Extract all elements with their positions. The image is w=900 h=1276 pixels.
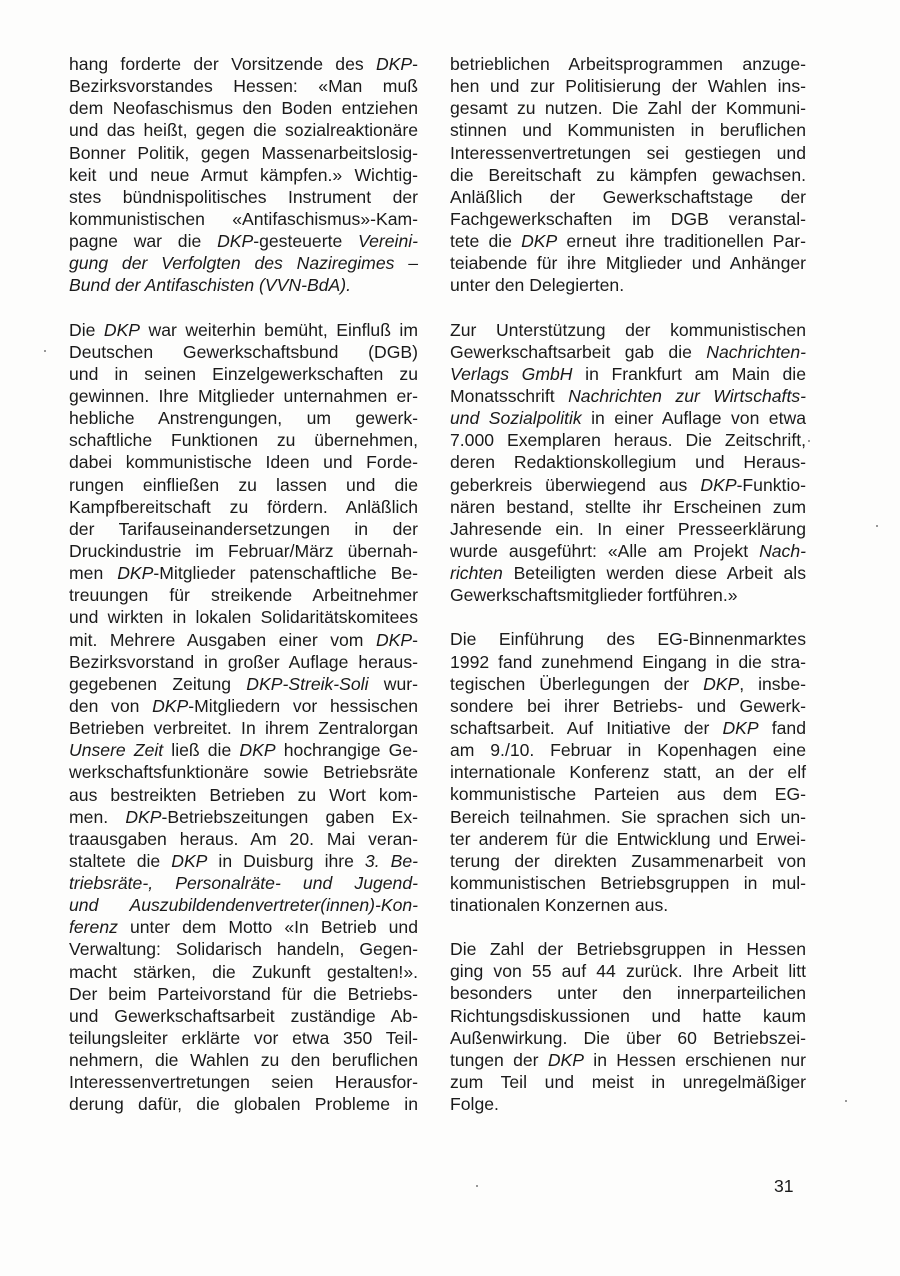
paragraph-gap [450,297,806,319]
text-line: Betrieben verbreitet. In ihrem Zentralor… [69,717,418,739]
left-column: hang forderte der Vorsitzende des DKP-Be… [69,53,418,1116]
text-line: Bezirksvorstand in großer Auflage heraus… [69,651,418,673]
text-line: Verlags GmbH in Frankfurt am Main die [450,363,806,385]
text-line: macht stärken, die Zukunft gestalten!». [69,961,418,983]
text-line: sondere bei ihrer Betriebs- und Gewerk- [450,695,806,717]
text-line: besonders unter den innerparteilichen [450,982,806,1004]
text-line: kommunistische Parteien aus dem EG- [450,783,806,805]
text-line: hebliche Anstrengungen, um gewerk- [69,407,418,429]
text-line: Verwaltung: Solidarisch handeln, Gegen- [69,938,418,960]
text-line: tinationalen Konzernen aus. [450,894,806,916]
text-line: terung der direkten Zusammenarbeit von [450,850,806,872]
text-line: internationale Konferenz statt, an der e… [450,761,806,783]
text-line: teiabende für ihre Mitglieder und Anhäng… [450,252,806,274]
text-line: zum Teil und meist in unregelmäßiger [450,1071,806,1093]
text-line: hang forderte der Vorsitzende des DKP- [69,53,418,75]
paragraph-dgb-einfluss: Die DKP war weiterhin bemüht, Einfluß im… [69,319,418,1116]
text-line: men. DKP-Betriebszeitungen gaben Ex- [69,806,418,828]
text-line: schaftsarbeit. Auf Initiative der DKP fa… [450,717,806,739]
text-line: Die DKP war weiterhin bemüht, Einfluß im [69,319,418,341]
text-line: Unsere Zeit ließ die DKP hochrangige Ge- [69,739,418,761]
text-line: und Auszubildendenvertreter(innen)-Kon- [69,894,418,916]
text-line: Interessenvertretungen seien Herausfor- [69,1071,418,1093]
text-line: geberkreis überwiegend aus DKP-Funktio- [450,474,806,496]
text-line: tegischen Überlegungen der DKP, insbe- [450,673,806,695]
right-column: betrieblichen Arbeitsprogrammen anzuge-h… [450,53,806,1115]
text-line: Gewerkschaftsmitglieder fortführen.» [450,584,806,606]
text-line: staltete die DKP in Duisburg ihre 3. Be- [69,850,418,872]
text-line: traausgaben heraus. Am 20. Mai veran- [69,828,418,850]
text-line: stes bündnispolitisches Instrument der [69,186,418,208]
text-line: tungen der DKP in Hessen erschienen nur [450,1049,806,1071]
text-line: unter den Delegierten. [450,274,806,296]
text-line: keit und neue Armut kämpfen.» Wichtig- [69,164,418,186]
text-line: wurde ausgeführt: «Alle am Projekt Nach- [450,540,806,562]
text-line: Die Zahl der Betriebsgruppen in Hessen [450,938,806,960]
text-line: hen und zur Politisierung der Wahlen ins… [450,75,806,97]
paragraph-arbeitsprogramme: betrieblichen Arbeitsprogrammen anzuge-h… [450,53,806,297]
paragraph-gap [450,916,806,938]
paragraph-eg-binnenmarkt: Die Einführung des EG-Binnenmarktes1992 … [450,628,806,916]
text-line: und Sozialpolitik in einer Auflage von e… [450,407,806,429]
text-line: Gewerkschaftsarbeit gab die Nachrichten- [450,341,806,363]
text-line: gung der Verfolgten des Naziregimes – [69,252,418,274]
text-line: aus bestreikten Betrieben zu Wort kom- [69,784,418,806]
text-line: triebsräte-, Personalräte- und Jugend- [69,872,418,894]
text-line: Zur Unterstützung der kommunistischen [450,319,806,341]
text-line: gesamt zu nutzen. Die Zahl der Kommuni- [450,97,806,119]
text-line: ging von 55 auf 44 zurück. Ihre Arbeit l… [450,960,806,982]
text-line: den von DKP-Mitgliedern vor hessischen [69,695,418,717]
text-line: derung dafür, die globalen Probleme in [69,1093,418,1115]
scan-speck [44,350,46,352]
text-line: ter anderem für die Entwicklung und Erwe… [450,828,806,850]
text-line: Bereich teilnahmen. Sie sprachen sich un… [450,806,806,828]
text-line: die Bereitschaft zu kämpfen gewachsen. [450,164,806,186]
text-line: und Gewerkschaftsarbeit zuständige Ab- [69,1005,418,1027]
text-line: men DKP-Mitglieder patenschaftliche Be- [69,562,418,584]
text-line: Richtungsdiskussionen und hatte kaum [450,1005,806,1027]
text-line: und in seinen Einzelgewerkschaften zu [69,363,418,385]
page-number: 31 [774,1176,794,1197]
scan-speck [808,440,810,442]
text-line: deren Redaktionskollegium und Heraus- [450,451,806,473]
text-line: Jahresende ein. In einer Presseerklärung [450,518,806,540]
text-line: nären bestand, stellte ihr Erscheinen zu… [450,496,806,518]
paragraph-antifaschismus: hang forderte der Vorsitzende des DKP-Be… [69,53,418,297]
document-page: hang forderte der Vorsitzende des DKP-Be… [0,0,900,1276]
text-line: teilungsleiter erklärte vor etwa 350 Tei… [69,1027,418,1049]
text-line: Kampfbereitschaft zu fördern. Anläßlich [69,496,418,518]
text-line: tete die DKP erneut ihre traditionellen … [450,230,806,252]
scan-speck [845,1100,847,1102]
text-line: rungen einfließen zu lassen und die [69,474,418,496]
text-line: Anläßlich der Gewerkschaftstage der [450,186,806,208]
text-line: Monatsschrift Nachrichten zur Wirtschaft… [450,385,806,407]
text-line: kommunistischen «Antifaschismus»-Kam- [69,208,418,230]
text-line: Bonner Politik, gegen Massenarbeitslosig… [69,142,418,164]
text-line: Bezirksvorstandes Hessen: «Man muß [69,75,418,97]
text-line: und wirkten in lokalen Solidaritätskomit… [69,606,418,628]
scan-speck [876,525,878,527]
text-line: kommunistischen Betriebsgruppen in mul- [450,872,806,894]
paragraph-gap [450,606,806,628]
text-line: am 9./10. Februar in Kopenhagen eine [450,739,806,761]
text-line: 1992 fand zunehmend Eingang in die stra- [450,651,806,673]
text-line: gewinnen. Ihre Mitglieder unternahmen er… [69,385,418,407]
text-line: dabei kommunistische Ideen und Forde- [69,451,418,473]
text-line: dem Neofaschismus den Boden entziehen [69,97,418,119]
text-line: pagne war die DKP-gesteuerte Vereini- [69,230,418,252]
text-line: stinnen und Kommunisten in beruflichen [450,119,806,141]
text-line: Druckindustrie im Februar/März übernah- [69,540,418,562]
scan-speck [476,1185,478,1187]
text-line: Deutschen Gewerkschaftsbund (DGB) [69,341,418,363]
text-line: Interessenvertretungen sei gestiegen und [450,142,806,164]
text-line: schaftliche Funktionen zu übernehmen, [69,429,418,451]
text-line: Der beim Parteivorstand für die Betriebs… [69,983,418,1005]
text-line: betrieblichen Arbeitsprogrammen anzuge- [450,53,806,75]
paragraph-betriebsgruppen-hessen: Die Zahl der Betriebsgruppen in Hessengi… [450,938,806,1115]
paragraph-gap [69,297,418,319]
text-line: werkschaftsfunktionäre sowie Betriebsrät… [69,761,418,783]
text-line: Außenwirkung. Die über 60 Betriebszei- [450,1027,806,1049]
text-line: 7.000 Exemplaren heraus. Die Zeitschrift… [450,429,806,451]
text-line: mit. Mehrere Ausgaben einer vom DKP- [69,629,418,651]
text-line: Die Einführung des EG-Binnenmarktes [450,628,806,650]
text-line: richten Beteiligten werden diese Arbeit … [450,562,806,584]
text-line: gegebenen Zeitung DKP-Streik-Soli wur- [69,673,418,695]
text-line: und das heißt, gegen die sozialreaktionä… [69,119,418,141]
text-line: ferenz unter dem Motto «In Betrieb und [69,916,418,938]
paragraph-nachrichten-verlag: Zur Unterstützung der kommunistischenGew… [450,319,806,607]
text-line: Folge. [450,1093,806,1115]
text-line: nehmern, die Wahlen zu den beruflichen [69,1049,418,1071]
text-line: der Tarifauseinandersetzungen in der [69,518,418,540]
text-line: Fachgewerkschaften im DGB veranstal- [450,208,806,230]
text-line: Bund der Antifaschisten (VVN-BdA). [69,274,418,296]
text-line: treuungen für streikende Arbeitnehmer [69,584,418,606]
